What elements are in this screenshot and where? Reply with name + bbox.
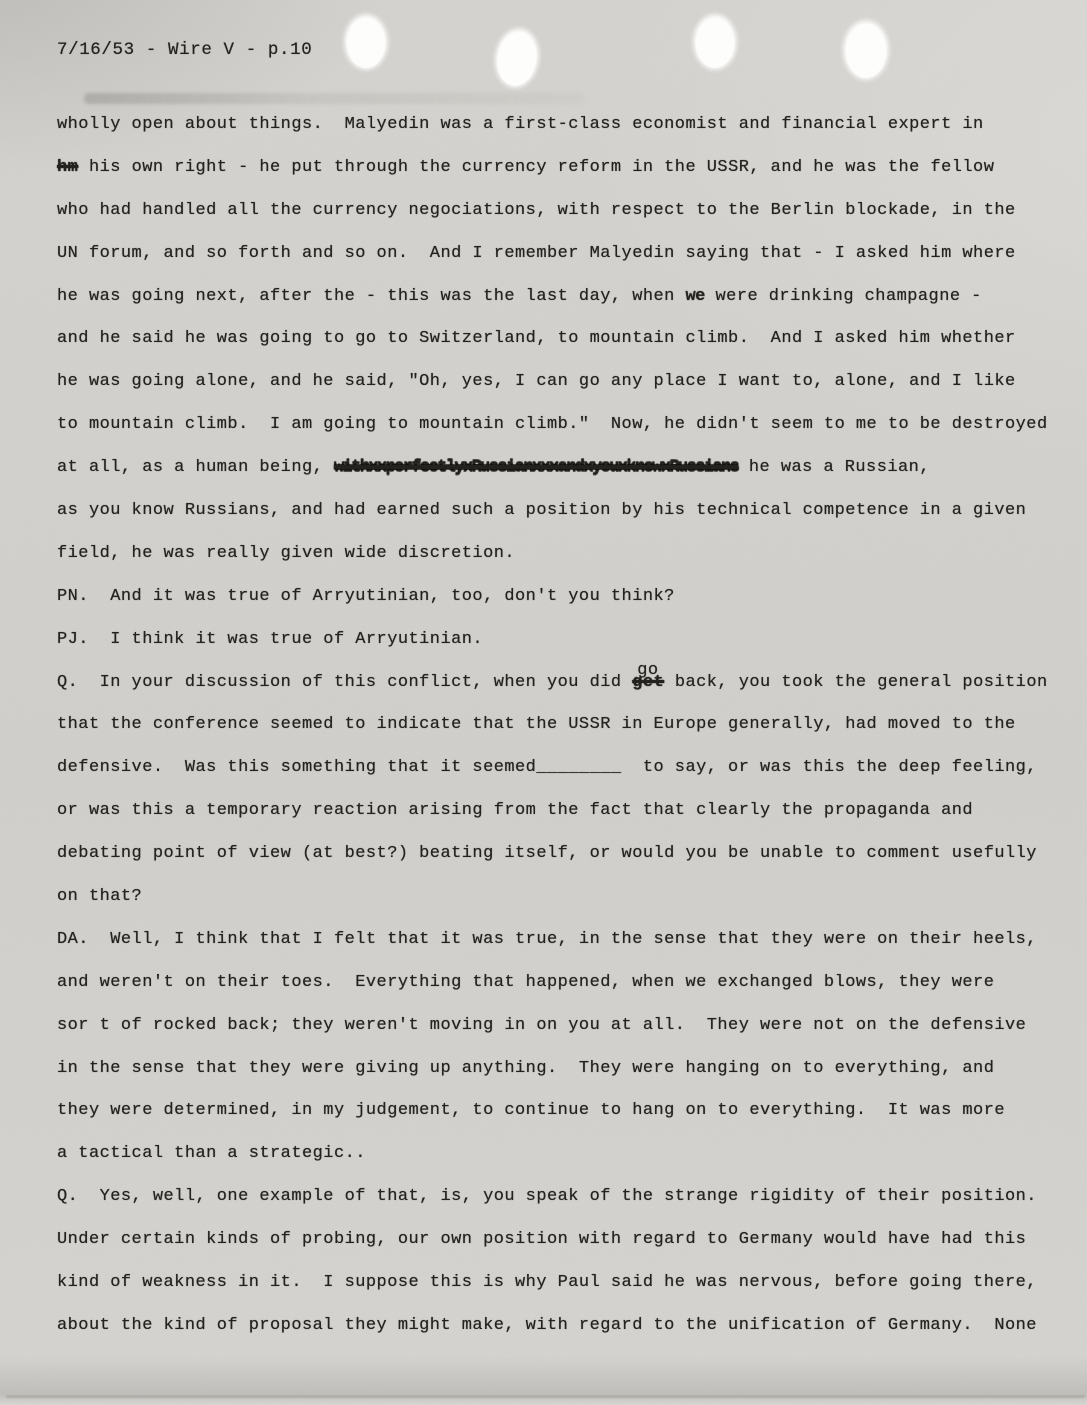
overtyped-text: withxxperfectlyxRussianxxxandxyouxknowxR… (334, 458, 738, 477)
text-segment: Under certain kinds of probing, our own … (57, 1230, 1026, 1249)
text-line: Q. Yes, well, one example of that, is, y… (57, 1176, 1047, 1219)
text-line: on that? (57, 876, 1047, 919)
overtyped-text: we (685, 287, 704, 306)
text-segment: his own right - he put through the curre… (78, 158, 994, 177)
ink-smudge (84, 93, 584, 104)
text-segment: were drinking champagne - (705, 287, 982, 306)
text-line: that the conference seemed to indicate t… (57, 704, 1047, 747)
text-line: debating point of view (at best?) beatin… (57, 833, 1047, 876)
text-line: about the kind of proposal they might ma… (57, 1305, 1047, 1348)
text-line: DA. Well, I think that I felt that it wa… (57, 919, 1047, 962)
text-segment: PJ. I think it was true of Arryutinian. (57, 630, 483, 649)
text-segment: sor t of rocked back; they weren't movin… (57, 1016, 1026, 1035)
text-line: defensive. Was this something that it se… (57, 747, 1047, 790)
text-line: Under certain kinds of probing, our own … (57, 1219, 1047, 1262)
text-segment: DA. Well, I think that I felt that it wa… (57, 930, 1037, 949)
text-segment: field, he was really given wide discreti… (57, 544, 515, 563)
overtyped-text: getgo (632, 673, 664, 692)
text-segment: kind of weakness in it. I suppose this i… (57, 1273, 1037, 1292)
scanned-document-page: 7/16/53 - Wire V - p.10 wholly open abou… (0, 0, 1087, 1405)
text-line: Q. In your discussion of this conflict, … (57, 662, 1047, 705)
document-body: wholly open about things. Malyedin was a… (57, 104, 1047, 1348)
text-line: in the sense that they were giving up an… (57, 1048, 1047, 1091)
text-segment: defensive. Was this something that it se… (57, 758, 1037, 777)
text-line: field, he was really given wide discreti… (57, 533, 1047, 576)
text-line: who had handled all the currency negocia… (57, 190, 1047, 233)
text-segment: as you know Russians, and had earned suc… (57, 501, 1026, 520)
text-segment: Q. In your discussion of this conflict, … (57, 673, 632, 692)
text-segment: about the kind of proposal they might ma… (57, 1316, 1037, 1335)
text-line: sor t of rocked back; they weren't movin… (57, 1005, 1047, 1048)
text-segment: that the conference seemed to indicate t… (57, 715, 1016, 734)
text-segment: debating point of view (at best?) beatin… (57, 844, 1037, 863)
text-line: wholly open about things. Malyedin was a… (57, 104, 1047, 147)
text-segment: UN forum, and so forth and so on. And I … (57, 244, 1016, 263)
punch-hole (493, 27, 540, 88)
overtyped-text: hm (57, 158, 78, 177)
text-segment: to mountain climb. I am going to mountai… (57, 415, 1048, 434)
text-line: he was going next, after the - this was … (57, 276, 1047, 319)
text-segment: Q. Yes, well, one example of that, is, y… (57, 1187, 1037, 1206)
text-segment: he was going alone, and he said, "Oh, ye… (57, 372, 1016, 391)
text-line: he was going alone, and he said, "Oh, ye… (57, 361, 1047, 404)
text-segment: back, you took the general position (664, 673, 1047, 692)
punch-hole (695, 16, 735, 68)
text-line: PJ. I think it was true of Arryutinian. (57, 619, 1047, 662)
text-line: hm his own right - he put through the cu… (57, 147, 1047, 190)
text-line: UN forum, and so forth and so on. And I … (57, 233, 1047, 276)
text-line: PN. And it was true of Arryutinian, too,… (57, 576, 1047, 619)
text-segment: he was going next, after the - this was … (57, 287, 685, 306)
text-segment: and he said he was going to go to Switze… (57, 329, 1016, 348)
text-segment: he was a Russian, (738, 458, 930, 477)
punch-hole (845, 22, 887, 78)
punch-hole (346, 16, 386, 68)
text-line: as you know Russians, and had earned suc… (57, 490, 1047, 533)
text-line: kind of weakness in it. I suppose this i… (57, 1262, 1047, 1305)
text-segment: PN. And it was true of Arryutinian, too,… (57, 587, 675, 606)
text-line: at all, as a human being, withxxperfectl… (57, 447, 1047, 490)
text-line: and he said he was going to go to Switze… (57, 318, 1047, 361)
text-segment: or was this a temporary reaction arising… (57, 801, 973, 820)
text-segment: wholly open about things. Malyedin was a… (57, 115, 984, 134)
text-line: and weren't on their toes. Everything th… (57, 962, 1047, 1005)
text-segment: and weren't on their toes. Everything th… (57, 973, 994, 992)
text-line: or was this a temporary reaction arising… (57, 790, 1047, 833)
text-segment: who had handled all the currency negocia… (57, 201, 1016, 220)
text-segment: a tactical than a strategic.. (57, 1144, 366, 1163)
text-line: they were determined, in my judgement, t… (57, 1090, 1047, 1133)
text-line: to mountain climb. I am going to mountai… (57, 404, 1047, 447)
text-segment: they were determined, in my judgement, t… (57, 1101, 1005, 1120)
typed-insertion-above-line: go (637, 650, 658, 693)
document-header-date-wire-page: 7/16/53 - Wire V - p.10 (57, 40, 312, 60)
page-bottom-edge-shadow (6, 1395, 1085, 1398)
text-segment: in the sense that they were giving up an… (57, 1059, 994, 1078)
text-segment: at all, as a human being, (57, 458, 334, 477)
text-line: a tactical than a strategic.. (57, 1133, 1047, 1176)
text-segment: on that? (57, 887, 142, 906)
